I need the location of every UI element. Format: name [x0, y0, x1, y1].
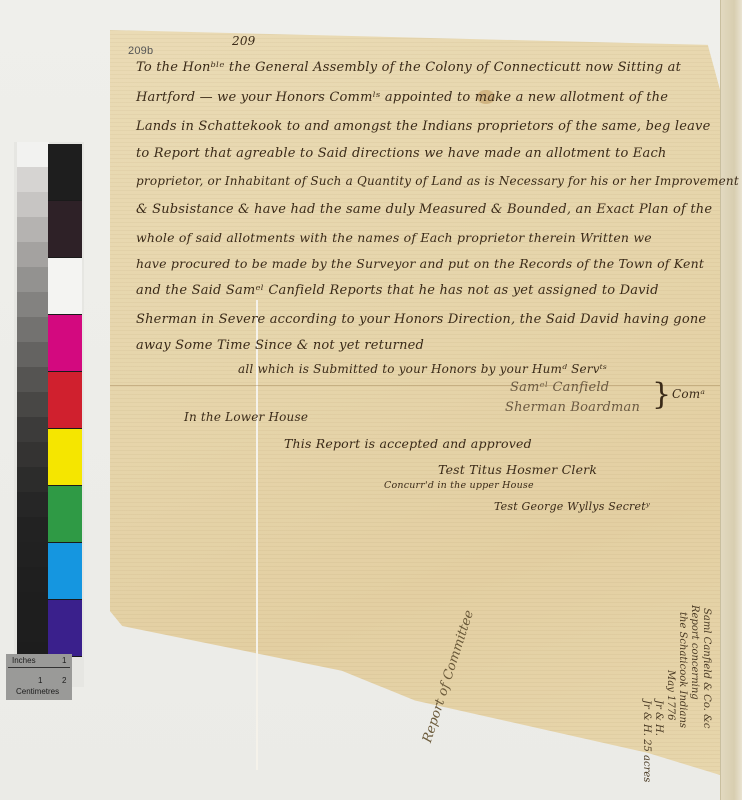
- color-patch-blue-violet: [48, 600, 82, 657]
- color-patch-yellow: [48, 429, 82, 486]
- gray-step: [17, 167, 49, 192]
- color-patch-cyan: [48, 543, 82, 600]
- gray-step: [17, 592, 49, 617]
- gray-step: [17, 617, 49, 642]
- gray-step: [17, 192, 49, 217]
- body-line: proprietor, or Inhabitant of Such a Quan…: [136, 174, 739, 188]
- gray-step: [17, 392, 49, 417]
- docket-right-line: the Schaticook Indians: [677, 612, 688, 728]
- body-line: Hartford — we your Honors Commˡˢ appoint…: [136, 90, 668, 105]
- color-patch-dark-brown: [48, 201, 82, 258]
- gray-step: [17, 417, 49, 442]
- docket-right-line: Report concerning: [689, 605, 700, 700]
- gray-step: [17, 217, 49, 242]
- ruler-cm-mark-2: 2: [62, 676, 66, 685]
- ruler-scale-line: [8, 667, 70, 668]
- endorsement-house: In the Lower House: [184, 410, 308, 424]
- gray-step: [17, 267, 49, 292]
- mounting-edge: [720, 0, 742, 800]
- gray-step: [17, 142, 49, 167]
- gray-step: [17, 292, 49, 317]
- body-line: and the Said Samᵉˡ Canfield Reports that…: [136, 283, 659, 298]
- color-patch-magenta: [48, 315, 82, 372]
- endorsement-accepted: This Report is accepted and approved: [284, 436, 532, 451]
- gray-step: [17, 342, 49, 367]
- color-patch-white: [48, 258, 82, 315]
- body-line: whole of said allotments with the names …: [136, 230, 652, 245]
- color-patch-green: [48, 486, 82, 543]
- body-line: Lands in Schattekook to and amongst the …: [136, 119, 711, 134]
- gray-step: [17, 442, 49, 467]
- body-line: away Some Time Since & not yet returned: [136, 338, 424, 353]
- signature-canfield: Samᵉˡ Canfield: [510, 380, 609, 395]
- gray-step: [17, 542, 49, 567]
- committee-label: Comᵃ: [672, 387, 705, 401]
- gray-step: [17, 367, 49, 392]
- endorsement-concur: Concurr'd in the upper House: [384, 480, 534, 491]
- body-line: have procured to be made by the Surveyor…: [136, 256, 704, 271]
- archive-number-ink: 209: [232, 34, 256, 48]
- gray-step: [17, 517, 49, 542]
- body-line: To the Honᵇˡᵉ the General Assembly of th…: [136, 60, 681, 75]
- signature-boardman: Sherman Boardman: [505, 400, 640, 415]
- archive-number-pencil: 209b: [128, 45, 153, 57]
- closing-line: all which is Submitted to your Honors by…: [238, 362, 607, 376]
- docket-right-line: Saml Canfield & Co. &c: [701, 608, 712, 729]
- ruler-inch-mark: 1: [62, 656, 66, 665]
- body-line: Sherman in Severe according to your Hono…: [136, 312, 706, 327]
- gray-step: [17, 567, 49, 592]
- endorsement-test-clerk: Test Titus Hosmer Clerk: [438, 462, 597, 477]
- measurement-ruler: Inches 1 1 2 Centimetres: [6, 654, 72, 700]
- gray-step: [17, 317, 49, 342]
- gray-step: [17, 492, 49, 517]
- ruler-cm-mark-1: 1: [38, 676, 42, 685]
- color-patch-strip: [48, 144, 82, 657]
- endorsement-test-secretary: Test George Wyllys Secretʸ: [494, 500, 650, 513]
- color-patch-red: [48, 372, 82, 429]
- docket-right-line: May 1776: [665, 670, 676, 720]
- docket-right-line: Jr & H. 25 acres: [641, 700, 652, 782]
- grayscale-strip: [17, 142, 49, 692]
- body-line: to Report that agreable to Said directio…: [136, 146, 667, 161]
- ruler-inches-label: Inches: [12, 656, 36, 665]
- gray-step: [17, 467, 49, 492]
- body-line: & Subsistance & have had the same duly M…: [136, 202, 712, 217]
- color-calibration-target: [14, 142, 84, 687]
- signature-brace: }: [652, 377, 671, 412]
- color-patch-black: [48, 144, 82, 201]
- docket-right-line: Jr & H.: [653, 700, 664, 736]
- ruler-centimetres-label: Centimetres: [16, 687, 59, 696]
- gray-step: [17, 242, 49, 267]
- horizontal-fold: [110, 385, 720, 386]
